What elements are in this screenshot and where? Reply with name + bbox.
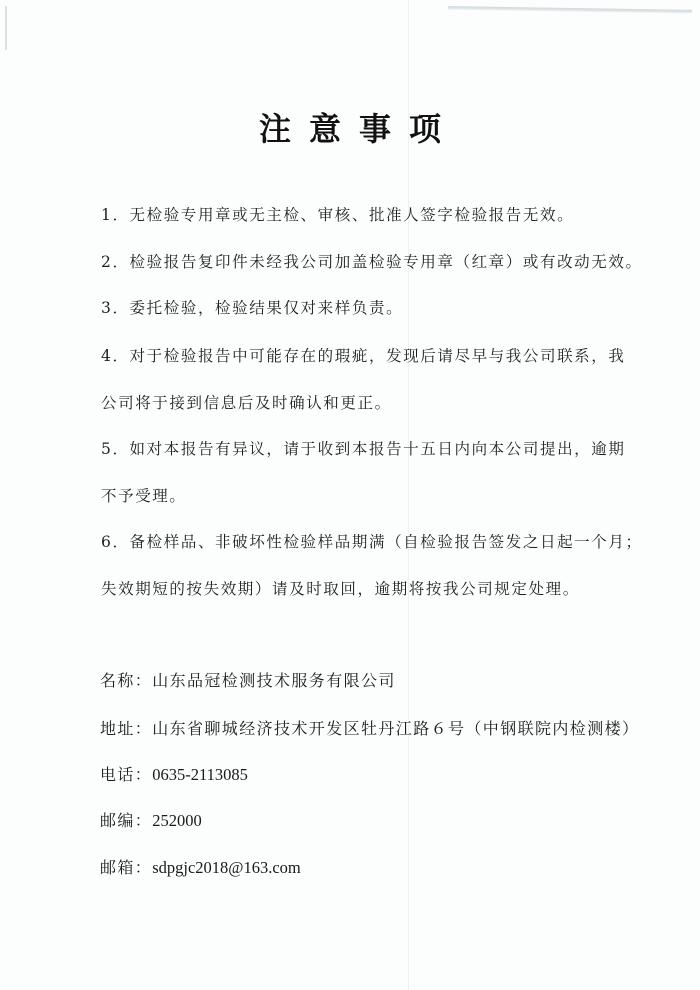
notice-1-line-1: 1．无检验专用章或无主检、审核、批准人签字检验报告无效。 — [101, 203, 574, 225]
scan-artifact-top-edge — [448, 6, 692, 14]
notice-5-line-1: 5．如对本报告有异议，请于收到本报告十五日内向本公司提出，逾期 — [101, 437, 625, 459]
company-name-value: 山东品冠检测技术服务有限公司 — [152, 671, 396, 690]
company-phone-value: 0635-2113085 — [152, 765, 248, 784]
notice-3-line-1: 3．委托检验，检验结果仅对来样负责。 — [101, 296, 403, 318]
company-name-label: 名称： — [100, 671, 152, 690]
company-name-row: 名称：山东品冠检测技术服务有限公司 — [100, 668, 396, 691]
company-phone-label: 电话： — [100, 765, 152, 784]
notice-6-line-2: 失效期短的按失效期）请及时取回，逾期将按我公司规定处理。 — [101, 577, 580, 599]
notice-5-line-2: 不予受理。 — [101, 484, 187, 506]
document-page: 注意事项 1．无检验专用章或无主检、审核、批准人签字检验报告无效。 2．检验报告… — [0, 0, 700, 990]
notice-6-line-1: 6．备检样品、非破坏性检验样品期满（自检验报告签发之日起一个月； — [101, 530, 643, 552]
company-phone-row: 电话：0635-2113085 — [100, 762, 248, 785]
company-email-value: sdpgjc2018@163.com — [152, 858, 301, 877]
page-title: 注意事项 — [0, 104, 700, 150]
company-address-row: 地址：山东省聊城经济技术开发区牡丹江路６号（中钢联院内检测楼） — [100, 716, 639, 739]
company-email-row: 邮箱：sdpgjc2018@163.com — [100, 855, 301, 878]
company-email-label: 邮箱： — [100, 858, 152, 877]
notice-4-line-1: 4．对于检验报告中可能存在的瑕疵，发现后请尽早与我公司联系，我 — [101, 344, 625, 366]
notice-2-line-1: 2．检验报告复印件未经我公司加盖检验专用章（红章）或有改动无效。 — [101, 250, 643, 272]
company-postcode-row: 邮编：252000 — [100, 808, 202, 831]
notice-4-line-2: 公司将于接到信息后及时确认和更正。 — [101, 391, 392, 413]
scan-artifact-left-edge — [5, 6, 7, 50]
company-postcode-value: 252000 — [152, 811, 202, 830]
company-address-value: 山东省聊城经济技术开发区牡丹江路６号（中钢联院内检测楼） — [152, 719, 639, 738]
company-address-label: 地址： — [100, 719, 152, 738]
company-postcode-label: 邮编： — [100, 811, 152, 830]
